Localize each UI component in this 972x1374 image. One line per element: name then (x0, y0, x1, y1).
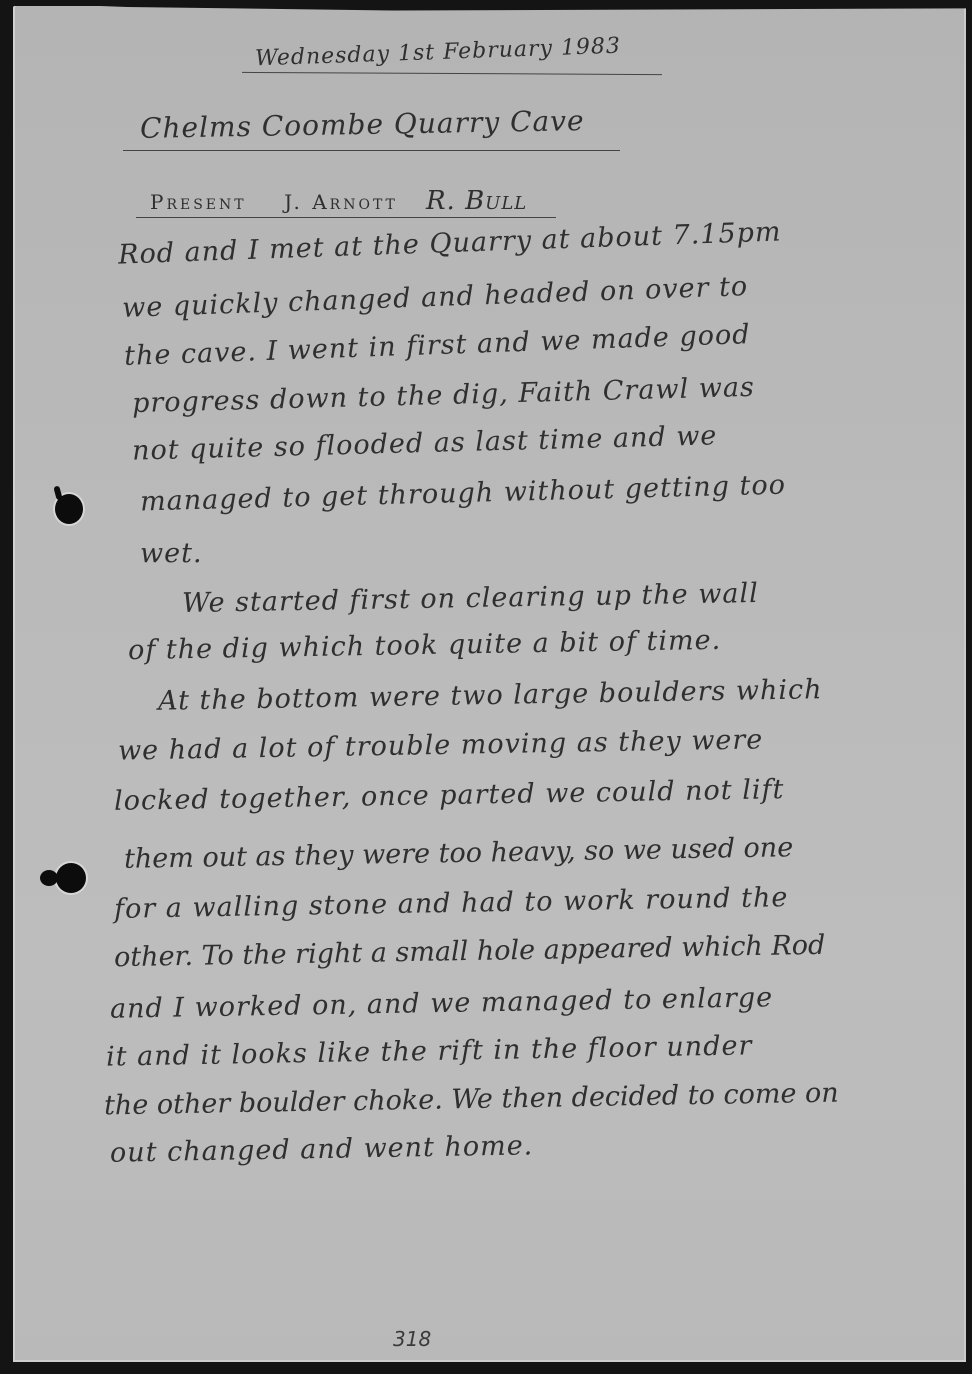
punch-hole-lower (56, 863, 86, 893)
present-label: Present (150, 190, 247, 214)
site-underline (123, 150, 620, 151)
punch-hole-upper (55, 494, 83, 524)
present-line: Present J. Arnott R. Bull (150, 186, 527, 216)
page-number: 318 (393, 1327, 431, 1351)
present-name-arnott: J. Arnott (284, 190, 398, 214)
present-underline (136, 217, 556, 218)
present-name-bull: R. Bull (426, 186, 527, 216)
body-line: wet. (140, 538, 203, 569)
